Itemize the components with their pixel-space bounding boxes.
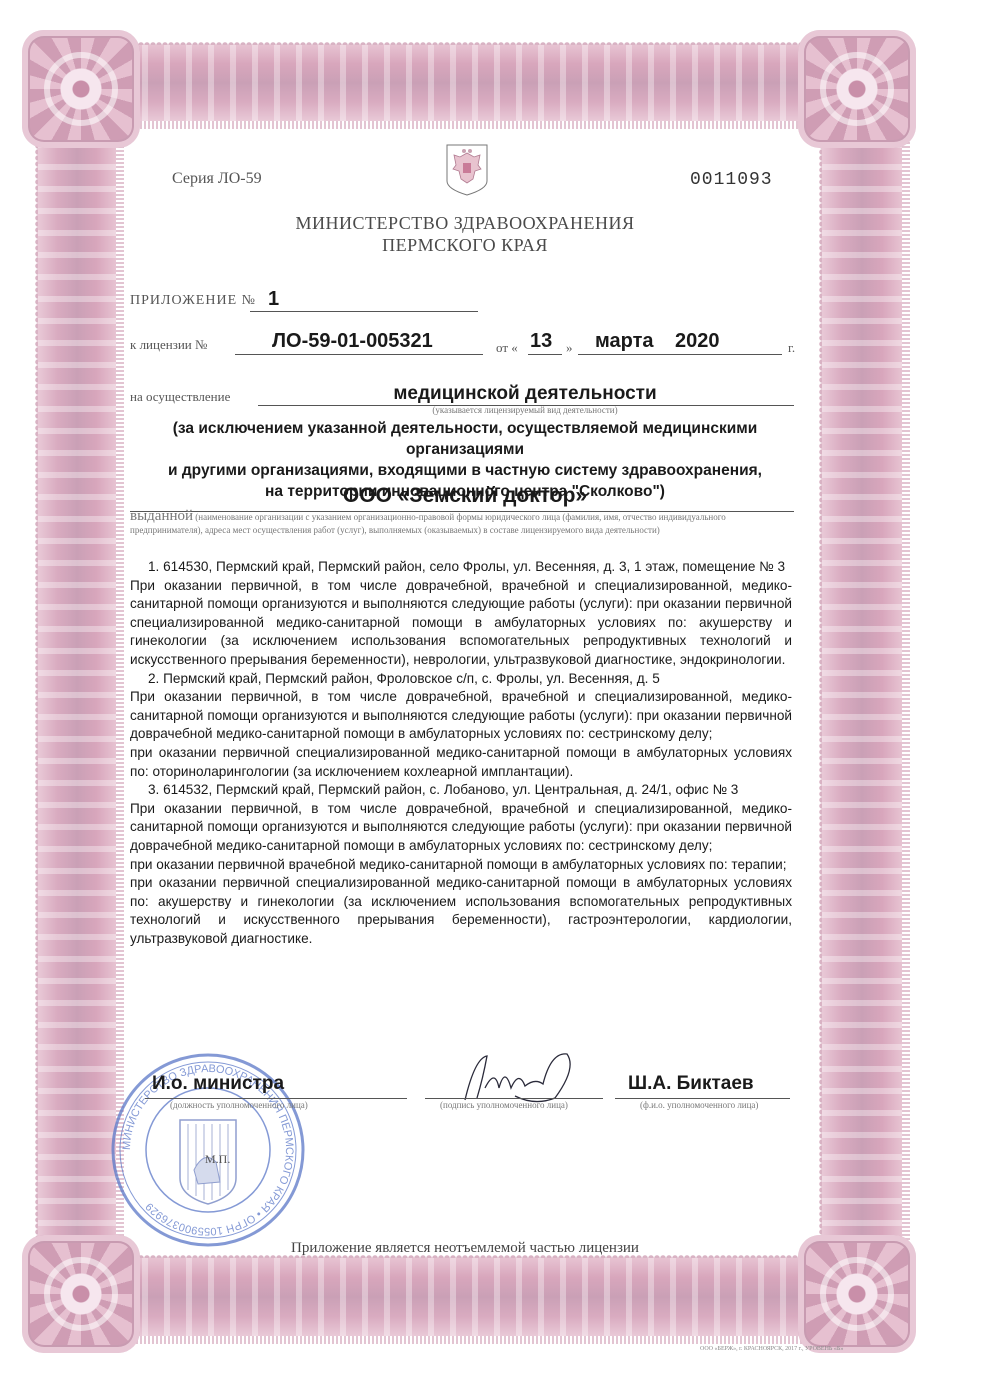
name-underline: [615, 1098, 790, 1099]
license-date-day: 13: [530, 330, 552, 353]
activity-label: на осуществление: [130, 389, 230, 405]
addresses-list: 1. 614530, Пермский край, Пермский район…: [130, 558, 792, 948]
signature-hint: (подпись уполномоченного лица): [440, 1100, 568, 1110]
appendix-number: 1: [268, 288, 279, 311]
date-day-underline: [528, 354, 562, 355]
signer-name: Ш.А. Биктаев: [628, 1073, 754, 1095]
service-text: При оказании первичной, в том числе довр…: [130, 688, 792, 744]
position-underline: [145, 1098, 407, 1099]
license-number: ЛО-59-01-005321: [272, 330, 433, 353]
address-item: 2. Пермский край, Пермский район, Фролов…: [130, 670, 792, 689]
activity-value: медицинской деятельности: [260, 383, 790, 405]
activity-hint: (указывается лицензируемый вид деятельно…: [260, 405, 790, 415]
rosette-ornament-icon: [798, 30, 916, 148]
license-date-year: 2020: [675, 330, 720, 353]
address-item: 3. 614532, Пермский край, Пермский район…: [130, 781, 792, 800]
date-month-year-underline: [578, 354, 782, 355]
rosette-ornament-icon: [22, 30, 140, 148]
year-suffix: г.: [788, 340, 795, 356]
issued-hint: (наименование организации с указанием ор…: [130, 512, 726, 535]
license-label: к лицензии №: [130, 337, 207, 353]
address-item: 1. 614530, Пермский край, Пермский район…: [130, 558, 792, 577]
frame-border-bottom: [120, 1258, 878, 1336]
ministry-title-line2: ПЕРМСКОГО КРАЯ: [200, 234, 730, 256]
coat-of-arms-icon: [445, 143, 489, 197]
footer-note: Приложение является неотъемлемой частью …: [130, 1240, 800, 1257]
date-day-close-quote: »: [566, 340, 573, 356]
frame-border-left: [38, 125, 116, 1248]
issued-hint-block: выданной (наименование организации с ука…: [130, 510, 800, 537]
ministry-title-line1: МИНИСТЕРСТВО ЗДРАВООХРАНЕНИЯ: [200, 212, 730, 234]
service-text: при оказании первичной специализированно…: [130, 744, 792, 781]
series-label: Серия ЛО-59: [172, 170, 262, 188]
form-number: 0011093: [690, 170, 773, 190]
service-text: при оказании первичной специализированно…: [130, 874, 792, 948]
frame-border-top: [120, 45, 878, 121]
date-from-label: от «: [496, 340, 518, 356]
license-number-underline: [235, 354, 483, 355]
frame-border-right: [822, 125, 902, 1248]
printer-imprint: ООО «БЕРЖ», г. КРАСНОЯРСК, 2017 г., УРОВ…: [700, 1346, 843, 1352]
exclusion-line: (за исключением указанной деятельности, …: [130, 418, 800, 460]
exclusion-line: и другими организациями, входящими в час…: [130, 460, 800, 481]
appendix-label: ПРИЛОЖЕНИЕ №: [130, 293, 256, 309]
seal-place-label: М.П.: [205, 1152, 230, 1167]
appendix-number-underline: [250, 311, 478, 312]
rosette-ornament-icon: [22, 1235, 140, 1353]
handwritten-signature-icon: [455, 1048, 585, 1108]
name-hint: (ф.и.о. уполномоченного лица): [640, 1100, 758, 1110]
ministry-title: МИНИСТЕРСТВО ЗДРАВООХРАНЕНИЯ ПЕРМСКОГО К…: [200, 212, 730, 256]
service-text: При оказании первичной, в том числе довр…: [130, 800, 792, 856]
service-text: при оказании первичной врачебной медико-…: [130, 856, 792, 875]
position-hint: (должность уполномоченного лица): [170, 1100, 308, 1110]
organization-name: ООО «Земский доктор»: [130, 484, 800, 508]
license-date-month: марта: [595, 330, 654, 353]
service-text: При оказании первичной, в том числе довр…: [130, 577, 792, 670]
signature-underline: [425, 1098, 603, 1099]
signer-position: И.о. министра: [152, 1073, 284, 1095]
issued-word: выданной: [130, 508, 193, 524]
rosette-ornament-icon: [798, 1235, 916, 1353]
